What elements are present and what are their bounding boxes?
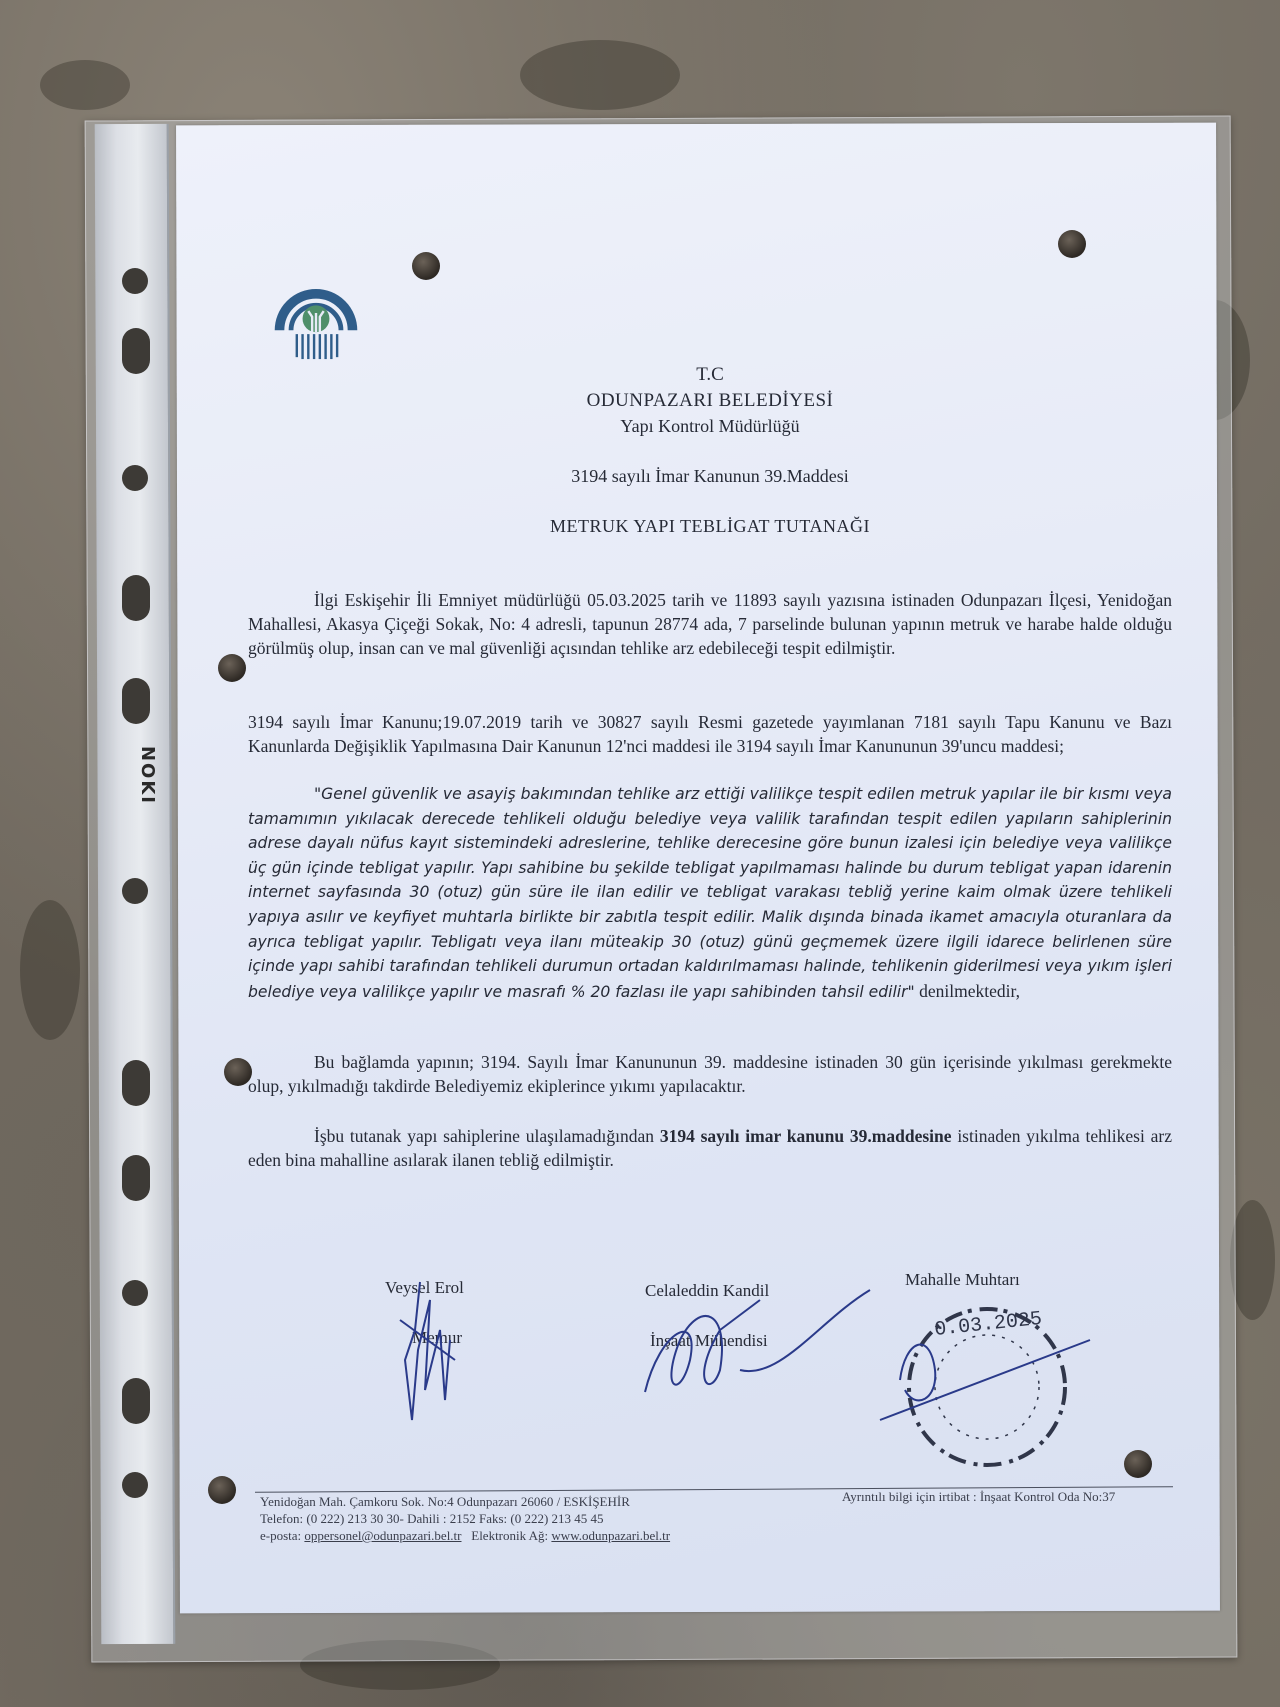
paragraph-finding: İlgi Eskişehir İli Emniyet müdürlüğü 05.… [248,588,1172,660]
email-label: e-posta: [260,1528,304,1543]
signatory-name: Mahalle Muhtarı [905,1270,1020,1290]
punch-hole [122,328,150,374]
pushpin [1124,1450,1152,1478]
punch-hole [122,678,150,724]
pushpin [1058,230,1086,258]
punch-hole [122,268,148,294]
sleeve-brand-label: NOKI [137,746,158,805]
punch-hole [122,878,148,904]
stone-texture [520,40,680,110]
law-quote-text: "Genel güvenlik ve asayiş bakımından teh… [248,785,1172,1001]
law-reference: 3194 sayılı İmar Kanunun 39.Maddesi [240,466,1180,487]
pushpin [208,1476,236,1504]
punch-hole [122,1472,148,1498]
official-stamp-icon: 0.03.2025 [895,1295,1080,1475]
stone-texture [20,900,80,1040]
signatory-name: Veysel Erol [385,1278,464,1298]
footer-email-web: e-posta: oppersonel@odunpazari.bel.tr El… [260,1527,670,1544]
law-quote: "Genel güvenlik ve asayiş bakımından teh… [248,782,1172,1004]
organization-name: ODUNPAZARI BELEDİYESİ [240,390,1180,412]
pushpin [218,654,246,682]
email-link[interactable]: oppersonel@odunpazari.bel.tr [304,1528,461,1543]
country-label: T.C [240,364,1180,386]
footer-contact: Yenidoğan Mah. Çamkoru Sok. No:4 Odunpaz… [260,1493,670,1544]
pushpin [412,252,440,280]
punch-hole [122,1155,150,1201]
paragraph-notice: İşbu tutanak yapı sahiplerine ulaşılamad… [248,1124,1172,1172]
svg-text:0.03.2025: 0.03.2025 [933,1308,1043,1342]
stone-texture [1230,1200,1275,1320]
signatory-title: İnşaat Mühendisi [650,1331,768,1351]
footer-phone: Telefon: (0 222) 213 30 30- Dahili : 215… [260,1510,670,1527]
document-title: METRUK YAPI TEBLİGAT TUTANAĞI [240,516,1180,537]
footer-contact-note: Ayrıntılı bilgi için irtibat : İnşaat Ko… [842,1488,1115,1505]
punch-hole [122,465,148,491]
website-link[interactable]: www.odunpazari.bel.tr [551,1528,670,1543]
paragraph-legal-basis: 3194 sayılı İmar Kanunu;19.07.2019 tarih… [248,710,1172,758]
notice-bold-reference: 3194 sayılı imar kanunu 39.maddesine [660,1126,952,1146]
punch-hole [122,1060,150,1106]
department-name: Yapı Kontrol Müdürlüğü [240,416,1180,437]
law-quote-tail: denilmektedir, [915,981,1020,1001]
web-label: Elektronik Ağ: [471,1528,551,1543]
footer-address: Yenidoğan Mah. Çamkoru Sok. No:4 Odunpaz… [260,1493,670,1510]
punch-hole [122,1378,150,1424]
signatory-name: Celaleddin Kandil [645,1281,769,1301]
odunpazari-belediyesi-logo-icon [268,265,364,361]
punch-hole [122,1280,148,1306]
paragraph-demolition-order: Bu bağlamda yapının; 3194. Sayılı İmar K… [248,1050,1172,1098]
punch-hole [122,575,150,621]
stone-texture [40,60,130,110]
signatory-title: Memur [412,1328,462,1348]
notice-text: İşbu tutanak yapı sahiplerine ulaşılamad… [314,1126,660,1146]
